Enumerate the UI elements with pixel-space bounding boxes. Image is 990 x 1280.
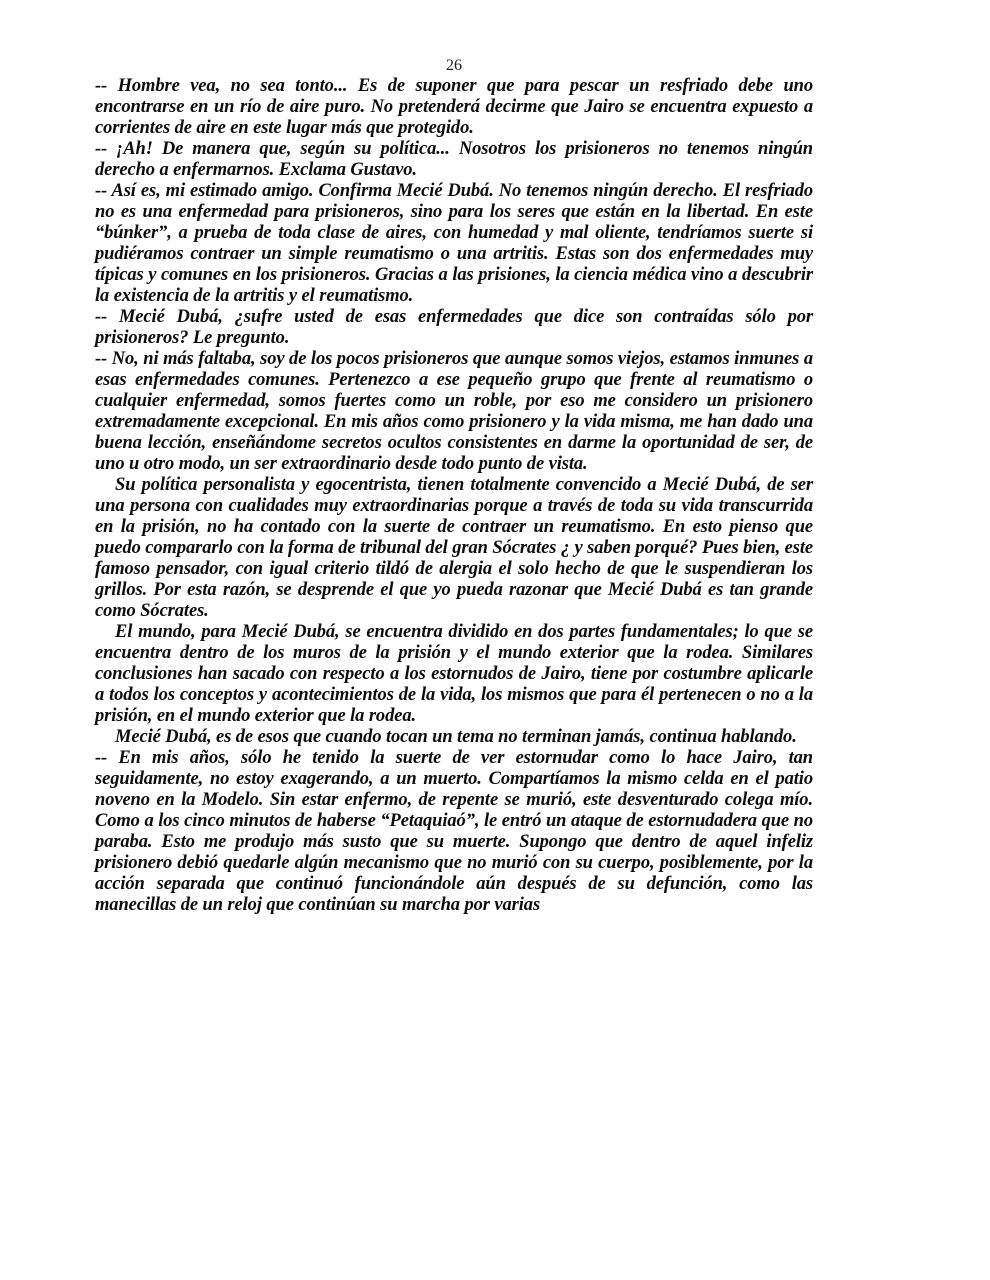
paragraph-8: Mecié Dubá, es de esos que cuando tocan …	[95, 727, 813, 748]
paragraph-9: -- En mis años, sólo he tenido la suerte…	[95, 748, 813, 916]
paragraph-2: -- ¡Ah! De manera que, según su política…	[95, 139, 813, 181]
paragraph-7: El mundo, para Mecié Dubá, se encuentra …	[95, 622, 813, 727]
paragraph-3: -- Así es, mi estimado amigo. Confirma M…	[95, 181, 813, 307]
text-block: 26 -- Hombre vea, no sea tonto... Es de …	[95, 55, 813, 916]
paragraph-6: Su política personalista y egocentrista,…	[95, 475, 813, 622]
document-page: 26 -- Hombre vea, no sea tonto... Es de …	[0, 0, 990, 1280]
page-number: 26	[95, 55, 813, 76]
paragraph-1: -- Hombre vea, no sea tonto... Es de sup…	[95, 76, 813, 139]
paragraph-5: -- No, ni más faltaba, soy de los pocos …	[95, 349, 813, 475]
paragraph-4: -- Mecié Dubá, ¿sufre usted de esas enfe…	[95, 307, 813, 349]
